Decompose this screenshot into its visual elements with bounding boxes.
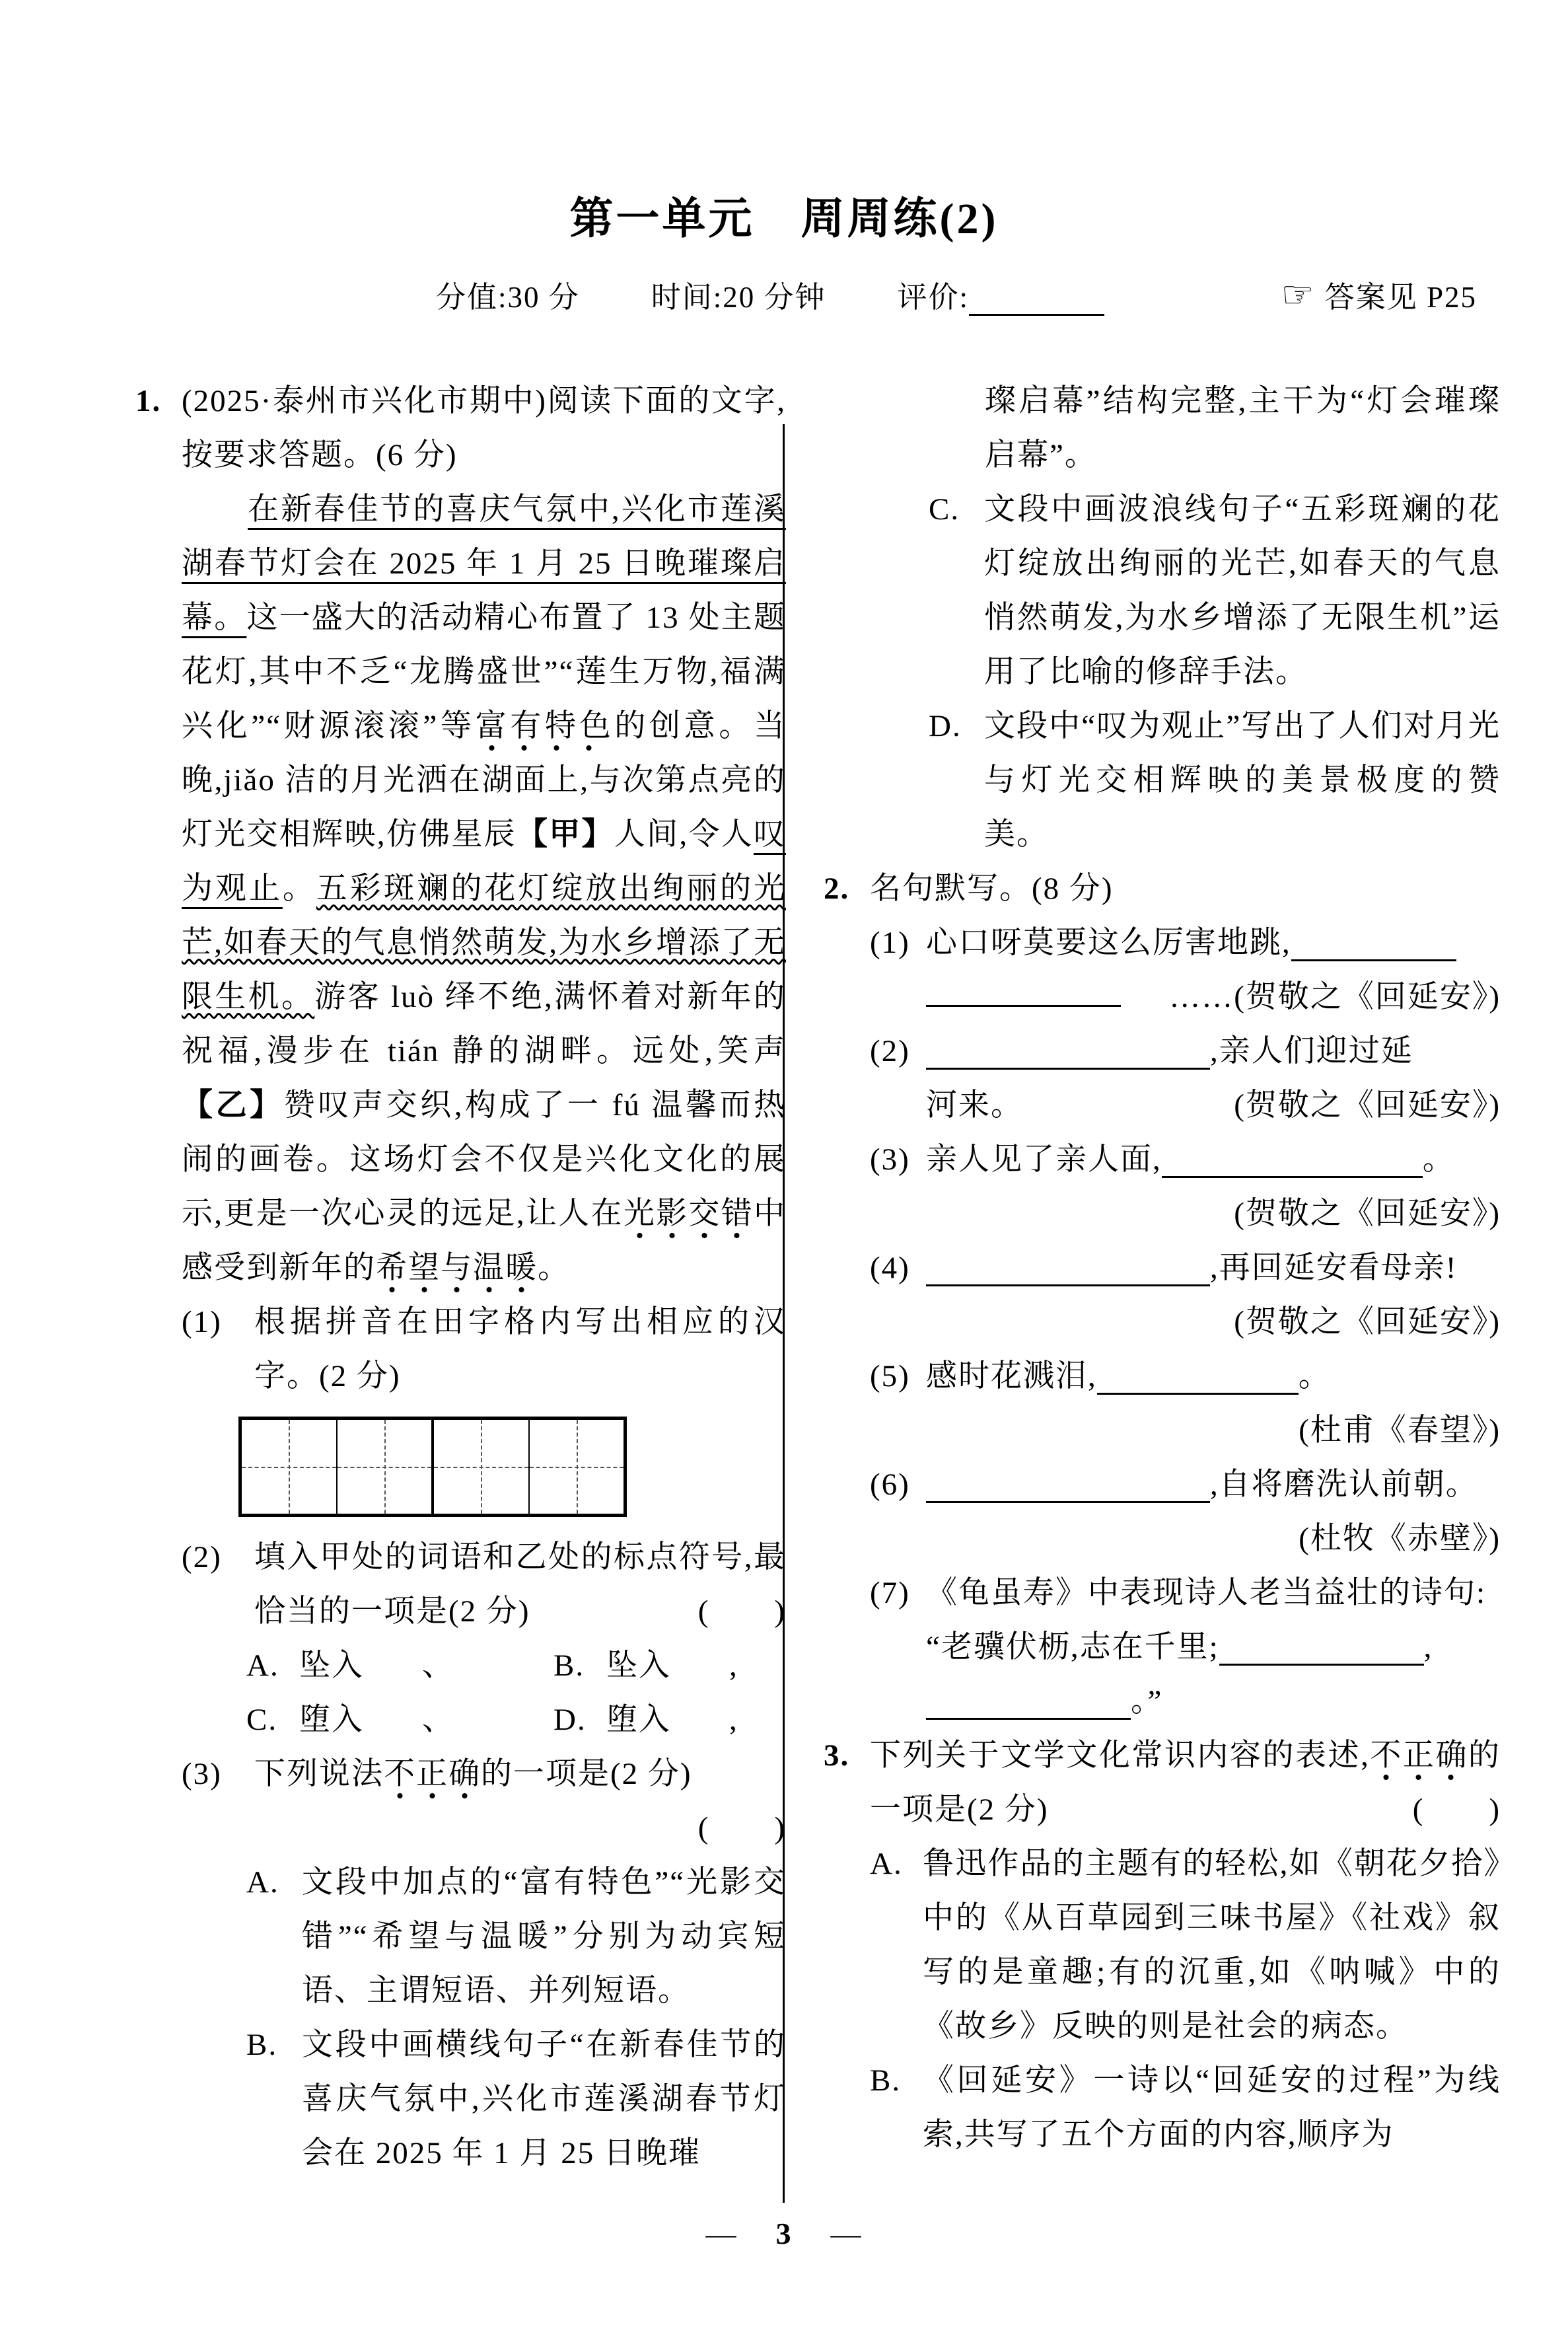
- option-word: 堕入: [606, 1693, 671, 1747]
- item-label: (3): [870, 1132, 926, 1241]
- recitation-text: 。: [1423, 1142, 1455, 1177]
- sub-question-3-label: (3): [182, 1747, 254, 1801]
- page-number: —3—: [0, 2207, 1568, 2261]
- option-a: A. 鲁迅作品的主题有的轻松,如《朝花夕拾》中的《从百草园到三味书屋》《社戏》叙…: [870, 1837, 1501, 2053]
- option-b: B. 《回延安》一诗以“回延安的过程”为线索,共写了五个方面的内容,顺序为: [870, 2053, 1501, 2162]
- option-c: C.堕入、: [246, 1693, 553, 1747]
- stem-dotted-text: 不正确: [1370, 1738, 1468, 1783]
- sub-question-2: (2) 填入甲处的词语和乙处的标点符号,最恰当的一项是(2 分) ( ): [182, 1530, 786, 1639]
- evaluation-blank: [969, 284, 1104, 316]
- option-a-text: 鲁迅作品的主题有的轻松,如《朝花夕拾》中的《从百草园到三味书屋》《社戏》叙写的是…: [923, 1837, 1501, 2053]
- stem-text: 下列说法: [254, 1757, 384, 1791]
- recitation-text: ,: [1424, 1630, 1433, 1664]
- item-label: (1): [870, 916, 926, 1024]
- recitation-text: 河来。: [926, 1078, 1023, 1132]
- option-a: A.坠入、: [246, 1639, 553, 1693]
- option-punct: ,: [729, 1639, 738, 1693]
- question-2-number: 2.: [824, 862, 870, 1728]
- option-word: 坠入: [606, 1639, 671, 1693]
- option-b: B. 文段中画横线句子“在新春佳节的喜庆气氛中,兴化市莲溪湖春节灯会在 2025…: [246, 2018, 786, 2180]
- answer-ref-text: 答案见 P25: [1325, 281, 1477, 314]
- option-d: D.堕入,: [553, 1693, 786, 1747]
- recitation-item-6: (6) ,自将磨洗认前朝。 (杜牧《赤壁》): [870, 1458, 1501, 1566]
- sub-question-1-text: 根据拼音在田字格内写出相应的汉字。(2 分): [254, 1295, 786, 1403]
- recitation-line: ,再回延安看母亲!: [926, 1241, 1501, 1295]
- item-label: (2): [870, 1024, 926, 1132]
- recitation-text: 亲人见了亲人面,: [926, 1142, 1162, 1177]
- meta-left: 分值:30 分 时间:20 分钟 评价:: [436, 277, 1104, 317]
- exam-meta: 分值:30 分 时间:20 分钟 评价: ☞答案见 P25: [436, 276, 1477, 317]
- passage-dotted-phrase-2: 光影交错: [624, 1197, 754, 1241]
- recitation-item-3: (3) 亲人见了亲人面,。 (贺敬之《回延安》): [870, 1132, 1501, 1241]
- blank-line: [926, 974, 1121, 1007]
- option-key: B.: [553, 1639, 606, 1693]
- option-key: B.: [246, 2018, 302, 2180]
- option-punct: ,: [729, 1693, 738, 1747]
- sub-question-2-options: A.坠入、 B.坠入, C.堕入、 D.堕入,: [246, 1639, 786, 1747]
- recitation-text: 。”: [1131, 1684, 1162, 1718]
- recitation-item-2: (2) ,亲人们迎过延 河来。(贺敬之《回延安》): [870, 1024, 1501, 1132]
- sub-question-3-options-continued: C. 文段中画波浪线句子“五彩斑斓的花灯绽放出绚丽的光芒,如春天的气息悄然萌发,…: [929, 482, 1501, 862]
- option-key: A.: [870, 1837, 923, 2053]
- grid-cell: [530, 1420, 624, 1514]
- option-a: A. 文段中加点的“富有特色”“光影交错”“希望与温暖”分别为动宾短语、主谓短语…: [246, 1855, 786, 2018]
- recitation-line: (杜甫《春望》): [926, 1403, 1501, 1458]
- recitation-line: (贺敬之《回延安》): [926, 1187, 1501, 1241]
- question-2: 2. 名句默写。(8 分) (1) 心口呀莫要这么厉害地跳, ……(贺敬之《回延…: [824, 862, 1501, 1728]
- option-key: B.: [870, 2053, 923, 2162]
- column-divider: [783, 424, 785, 2203]
- stem-text: 下列关于文学文化常识内容的表述,: [870, 1738, 1370, 1773]
- footer-dash: —: [831, 2217, 863, 2250]
- recitation-line: “老骥伏枥,志在千里;,: [926, 1620, 1501, 1674]
- sub-question-2-label: (2): [182, 1530, 254, 1639]
- footer-page-number: 3: [776, 2217, 793, 2250]
- poem-source: (杜甫《春望》): [1299, 1413, 1501, 1448]
- option-b-text: 《回延安》一诗以“回延安的过程”为线索,共写了五个方面的内容,顺序为: [923, 2053, 1501, 2162]
- option-word: 坠入: [299, 1639, 364, 1693]
- blank-line: [1097, 1362, 1299, 1395]
- option-c-text: 文段中画波浪线句子“五彩斑斓的花灯绽放出绚丽的光芒,如春天的气息悄然萌发,为水乡…: [984, 482, 1501, 699]
- evaluation-label: 评价:: [898, 281, 970, 314]
- recitation-line: 《龟虽寿》中表现诗人老当益壮的诗句:: [926, 1566, 1501, 1620]
- recitation-text: 。: [1299, 1359, 1331, 1393]
- blank-line: [1162, 1145, 1423, 1178]
- item-label: (7): [870, 1566, 926, 1728]
- blank-line: [926, 1253, 1210, 1286]
- pinyin-writing-grid: [238, 1417, 627, 1517]
- recitation-item-4: (4) ,再回延安看母亲! (贺敬之《回延安》): [870, 1241, 1501, 1349]
- question-2-stem: 名句默写。(8 分): [870, 862, 1501, 916]
- answer-bracket: ( ): [1413, 1783, 1501, 1837]
- blank-line: [926, 1687, 1131, 1720]
- answer-reference: ☞答案见 P25: [1281, 276, 1477, 317]
- poem-source: (贺敬之《回延安》): [1234, 980, 1501, 1014]
- time-label: 时间:20 分钟: [651, 277, 826, 317]
- recitation-item-7: (7) 《龟虽寿》中表现诗人老当益壮的诗句: “老骥伏枥,志在千里;, 。”: [870, 1566, 1501, 1728]
- answer-bracket: ( ): [698, 1811, 786, 1845]
- question-3-stem: 下列关于文学文化常识内容的表述,不正确的一项是(2 分) ( ): [870, 1728, 1501, 1837]
- option-punct: 、: [422, 1693, 454, 1747]
- sub-question-3-options: A. 文段中加点的“富有特色”“光影交错”“希望与温暖”分别为动宾短语、主谓短语…: [246, 1855, 786, 2180]
- recitation-line: 。”: [926, 1674, 1501, 1728]
- recitation-item-5: (5) 感时花溅泪,。 (杜甫《春望》): [870, 1349, 1501, 1458]
- slot-jia: 【甲】: [517, 817, 614, 852]
- stem-dotted-text: 不正确: [384, 1757, 481, 1801]
- recitation-text: ,再回延安看母亲!: [1210, 1251, 1457, 1285]
- sub-question-3: (3) 下列说法不正确的一项是(2 分): [182, 1747, 786, 1801]
- passage-text: 人间,令人: [614, 817, 754, 852]
- recitation-item-1: (1) 心口呀莫要这么厉害地跳, ……(贺敬之《回延安》): [870, 916, 1501, 1024]
- recitation-line: 感时花溅泪,。: [926, 1349, 1501, 1403]
- grid-cell: [338, 1420, 435, 1514]
- sub-question-1: (1) 根据拼音在田字格内写出相应的汉字。(2 分): [182, 1295, 786, 1403]
- score-label: 分值:30 分: [436, 277, 580, 317]
- item-label: (6): [870, 1458, 926, 1566]
- option-d-text: 文段中“叹为观止”写出了人们对月光与灯光交相辉映的美景极度的赞美。: [984, 699, 1501, 862]
- right-column: 璨启幕”结构完整,主干为“灯会璀璨启幕”。 C. 文段中画波浪线句子“五彩斑斓的…: [824, 374, 1501, 2180]
- option-key: A.: [246, 1855, 302, 2018]
- item-label: (4): [870, 1241, 926, 1349]
- page-title: 第一单元 周周练(2): [0, 0, 1568, 245]
- sub-question-2-stem: 填入甲处的词语和乙处的标点符号,最恰当的一项是(2 分) ( ): [254, 1530, 786, 1639]
- blank-line: [1219, 1633, 1424, 1666]
- option-b-continuation: 璨启幕”结构完整,主干为“灯会璀璨启幕”。: [985, 374, 1501, 482]
- recitation-text: 感时花溅泪,: [926, 1359, 1097, 1393]
- recitation-line: (杜牧《赤壁》): [926, 1512, 1501, 1566]
- recitation-line: 亲人见了亲人面,。: [926, 1132, 1501, 1187]
- grid-cell: [434, 1420, 530, 1514]
- blank-line: [926, 1037, 1210, 1070]
- question-3: 3. 下列关于文学文化常识内容的表述,不正确的一项是(2 分) ( ) A. 鲁…: [824, 1728, 1501, 2162]
- sub-question-1-label: (1): [182, 1295, 254, 1403]
- option-d: D. 文段中“叹为观止”写出了人们对月光与灯光交相辉映的美景极度的赞美。: [929, 699, 1501, 862]
- option-key: D.: [553, 1693, 606, 1747]
- item-label: (5): [870, 1349, 926, 1458]
- question-1: 1. (2025·泰州市兴化市期中)阅读下面的文字,按要求答题。(6 分) 在新…: [135, 374, 786, 2180]
- grid-cell: [242, 1420, 338, 1514]
- pointing-hand-icon: ☞: [1281, 275, 1316, 316]
- question-3-number: 3.: [824, 1728, 870, 2162]
- recitation-line: 心口呀莫要这么厉害地跳,: [926, 916, 1501, 970]
- recitation-text: ,自将磨洗认前朝。: [1210, 1467, 1478, 1502]
- poem-source: (贺敬之《回延安》): [1234, 1078, 1501, 1132]
- sub-question-3-stem: 下列说法不正确的一项是(2 分): [254, 1747, 786, 1801]
- slot-yi: 【乙】: [182, 1088, 284, 1123]
- answer-bracket-line: ( ): [182, 1801, 786, 1855]
- recitation-line: (贺敬之《回延安》): [926, 1295, 1501, 1349]
- ellipsis: ……: [1169, 980, 1234, 1014]
- passage-text: 。: [538, 1251, 570, 1285]
- answer-bracket: ( ): [698, 1584, 786, 1639]
- recitation-line: ,自将磨洗认前朝。: [926, 1458, 1501, 1512]
- option-key: C.: [246, 1693, 299, 1747]
- exam-page: 第一单元 周周练(2) 分值:30 分 时间:20 分钟 评价: ☞答案见 P2…: [0, 0, 1568, 2325]
- option-b: B.坠入,: [553, 1639, 786, 1693]
- recitation-line: 河来。(贺敬之《回延安》): [926, 1078, 1501, 1132]
- recitation-text: 心口呀莫要这么厉害地跳,: [926, 926, 1291, 960]
- question-1-number: 1.: [135, 374, 182, 2180]
- blank-line: [926, 1470, 1210, 1503]
- option-key: D.: [929, 699, 984, 862]
- passage-dotted-phrase-3: 希望与温暖: [376, 1251, 538, 1295]
- recitation-line: ……(贺敬之《回延安》): [926, 970, 1501, 1024]
- poem-source: (贺敬之《回延安》): [1234, 1197, 1501, 1231]
- option-a-text: 文段中加点的“富有特色”“光影交错”“希望与温暖”分别为动宾短语、主谓短语、并列…: [302, 1855, 786, 2018]
- footer-dash: —: [706, 2217, 738, 2250]
- question-1-stem: (2025·泰州市兴化市期中)阅读下面的文字,按要求答题。(6 分): [182, 374, 786, 482]
- reading-passage: 在新春佳节的喜庆气氛中,兴化市莲溪湖春节灯会在 2025 年 1 月 25 日晚…: [182, 482, 786, 1295]
- recitation-text: “老骥伏枥,志在千里;: [926, 1630, 1219, 1664]
- recitation-line: ,亲人们迎过延: [926, 1024, 1501, 1078]
- option-punct: 、: [422, 1639, 454, 1693]
- page-body: 1. (2025·泰州市兴化市期中)阅读下面的文字,按要求答题。(6 分) 在新…: [135, 374, 1568, 2180]
- passage-dotted-phrase-1: 富有特色: [476, 709, 615, 753]
- option-b-text-left: 文段中画横线句子“在新春佳节的喜庆气氛中,兴化市莲溪湖春节灯会在 2025 年 …: [302, 2018, 786, 2180]
- recitation-text: ,亲人们迎过延: [1210, 1034, 1413, 1068]
- option-key: A.: [246, 1639, 299, 1693]
- passage-text: 。: [283, 871, 316, 906]
- option-key: C.: [929, 482, 984, 699]
- poem-source: (杜牧《赤壁》): [1299, 1522, 1501, 1556]
- option-word: 堕入: [299, 1693, 364, 1747]
- option-c: C. 文段中画波浪线句子“五彩斑斓的花灯绽放出绚丽的光芒,如春天的气息悄然萌发,…: [929, 482, 1501, 699]
- blank-line: [1291, 928, 1456, 961]
- question-3-options: A. 鲁迅作品的主题有的轻松,如《朝花夕拾》中的《从百草园到三味书屋》《社戏》叙…: [870, 1837, 1501, 2162]
- evaluation-field: 评价:: [898, 277, 1105, 317]
- left-column: 1. (2025·泰州市兴化市期中)阅读下面的文字,按要求答题。(6 分) 在新…: [135, 374, 786, 2180]
- stem-text: 的一项是(2 分): [481, 1757, 692, 1791]
- poem-source: (贺敬之《回延安》): [1234, 1305, 1501, 1339]
